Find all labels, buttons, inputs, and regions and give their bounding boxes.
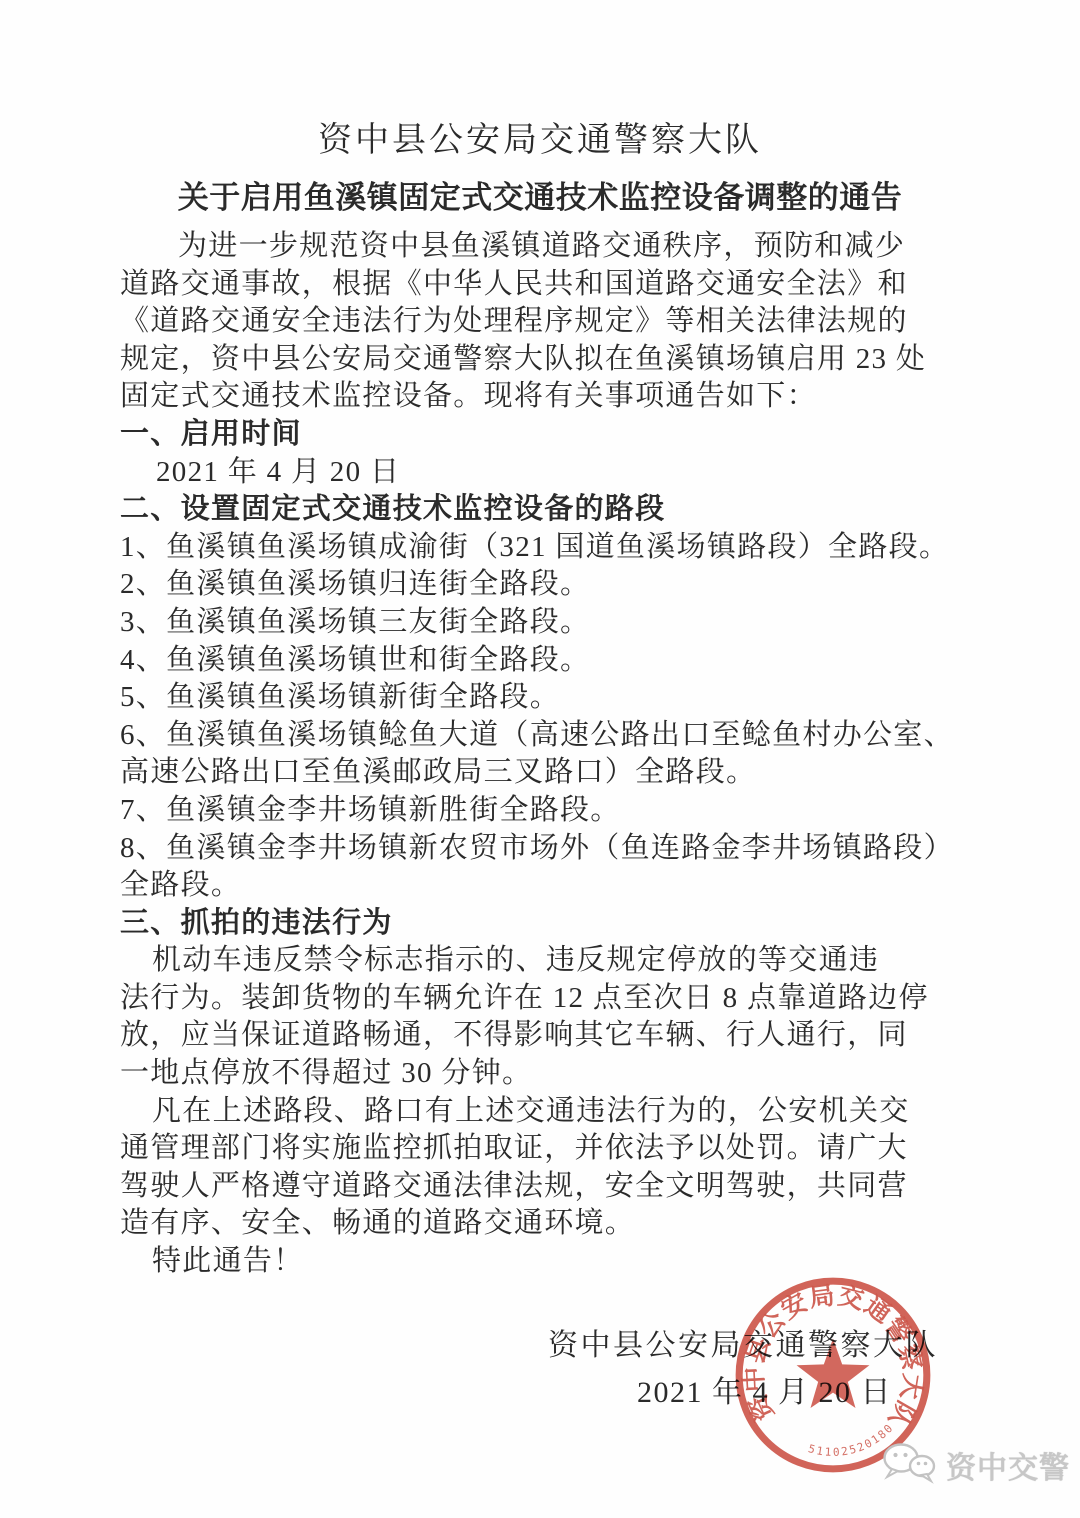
notice-page: 资中县公安局交通警察大队 关于启用鱼溪镇固定式交通技术监控设备调整的通告 为进一… [0,0,1080,1518]
body-line: 通管理部门将实施监控抓拍取证，并依法予以处罚。请广大 [120,1130,972,1168]
body-line: 为进一步规范资中县鱼溪镇道路交通秩序，预防和减少 [120,228,972,266]
list-item: 1、鱼溪镇鱼溪场镇成渝街（321 国道鱼溪场镇路段）全路段。 [120,529,972,567]
wechat-icon [880,1440,940,1490]
section-heading: 一、启用时间 [120,416,972,454]
body-line: 放，应当保证道路畅通，不得影响其它车辆、行人通行，同 [120,1017,972,1055]
body-line: 法行为。装卸货物的车辆允许在 12 点至次日 8 点靠道路边停 [120,980,972,1018]
body-line: 一地点停放不得超过 30 分钟。 [120,1055,972,1093]
body-line: 驾驶人严格遵守道路交通法律法规，安全文明驾驶，共同营 [120,1168,972,1206]
body-line: 凡在上述路段、路口有上述交通违法行为的，公安机关交 [120,1093,972,1131]
list-item: 高速公路出口至鱼溪邮政局三叉路口）全路段。 [120,754,972,792]
list-item: 2、鱼溪镇鱼溪场镇归连街全路段。 [120,566,972,604]
list-item: 3、鱼溪镇鱼溪场镇三友街全路段。 [120,604,972,642]
body-line: 道路交通事故，根据《中华人民共和国道路交通安全法》和 [120,266,972,304]
watermark-label: 资中交警 [946,1443,1070,1487]
body-line: 机动车违反禁令标志指示的、违反规定停放的等交通违 [120,942,972,980]
list-item: 4、鱼溪镇鱼溪场镇世和街全路段。 [120,642,972,680]
page-subtitle: 关于启用鱼溪镇固定式交通技术监控设备调整的通告 [0,172,1080,217]
watermark: 资中交警 [880,1440,1070,1490]
notice-body: 为进一步规范资中县鱼溪镇道路交通秩序，预防和减少 道路交通事故，根据《中华人民共… [120,228,972,1281]
section-heading: 三、抓拍的违法行为 [120,905,972,943]
body-line: 固定式交通技术监控设备。现将有关事项通告如下： [120,378,972,416]
list-item: 5、鱼溪镇鱼溪场镇新街全路段。 [120,679,972,717]
body-line: 2021 年 4 月 20 日 [120,454,972,492]
body-line: 规定，资中县公安局交通警察大队拟在鱼溪镇场镇启用 23 处 [120,341,972,379]
list-item: 7、鱼溪镇金李井场镇新胜街全路段。 [120,792,972,830]
body-line: 造有序、安全、畅通的道路交通环境。 [120,1205,972,1243]
list-item: 8、鱼溪镇金李井场镇新农贸市场外（鱼连路金李井场镇路段） [120,830,972,868]
list-item: 全路段。 [120,867,972,905]
body-line: 《道路交通安全违法行为处理程序规定》等相关法律法规的 [120,303,972,341]
list-item: 6、鱼溪镇鱼溪场镇鲶鱼大道（高速公路出口至鲶鱼村办公室、 [120,717,972,755]
star-icon [797,1339,870,1408]
section-heading: 二、设置固定式交通技术监控设备的路段 [120,491,972,529]
page-title: 资中县公安局交通警察大队 [0,112,1080,161]
